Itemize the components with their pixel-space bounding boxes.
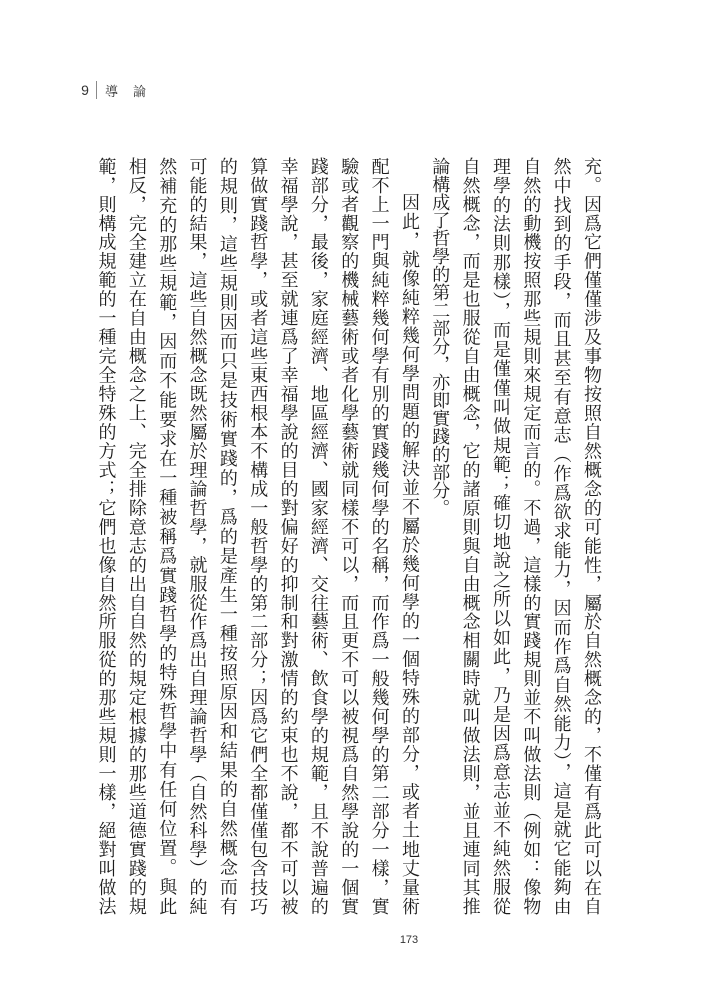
- text-column-paragraph-start: 因此，就像純粹幾何學問題的解決並不屬於幾何學的一個特殊的部分，或者土地丈量術: [394, 157, 424, 915]
- text-column: 然補充的那些規範，因而不能要求在一種被稱爲實踐哲學的特殊哲學中有任何位置。與此: [151, 157, 181, 915]
- text-column: 算做實踐哲學，或者這些東西根本不構成一般哲學的第二部分；因爲它們全都僅僅包含技巧: [242, 157, 272, 915]
- running-head: 9 導論: [78, 80, 161, 100]
- text-column: 相反，完全建立在自由概念之上、完全排除意志的出自自然的規定根據的那些道德實踐的規: [121, 157, 151, 915]
- chapter-title: 導論: [105, 81, 161, 100]
- text-column: 幸福學說，甚至就連爲了幸福學說的目的對偏好的抑制和對激情的約束也不說，都不可以被: [272, 157, 302, 915]
- text-column: 的規則，這些規則因而只是技術實踐的，爲的是產生一種按照原因和結果的自然概念而有: [212, 157, 242, 915]
- chapter-number: 9: [78, 82, 92, 98]
- text-column: 自然的動機按照那些規則來規定而言的。不過，這樣的實踐規則並不叫做法則（例如：像物: [515, 157, 545, 915]
- text-column: 然中找到的手段，而且甚至有意志（作爲欲求能力，因而作爲自然能力），這是就它能夠由: [545, 157, 575, 915]
- text-column: 驗或者觀察的機械藝術或者化學藝術就同樣不可以，而且更不可以被視爲自然學說的一個實: [333, 157, 363, 915]
- text-column: 自然概念，而是也服從自由概念，它的諸原則與自由概念相關時就叫做法則，並且連同其推: [454, 157, 484, 915]
- text-column: 充。因爲它們僅僅涉及事物按照自然概念的可能性，屬於自然概念的，不僅有爲此可以在自: [576, 157, 606, 915]
- page-number: 173: [392, 934, 426, 946]
- text-column: 配不上一門與純粹幾何學有別的實踐幾何學的名稱，而作爲一般幾何學的第二部分一樣，實: [363, 157, 393, 915]
- text-column: 踐部分，最後，家庭經濟、地區經濟、國家經濟、交往藝術、飲食學的規範，且不說普遍的: [303, 157, 333, 915]
- text-column: 可能的結果，這些自然概念既然屬於理論哲學，就服從作爲出自理論哲學（自然科學）的純: [181, 157, 211, 915]
- header-divider: [96, 81, 97, 99]
- text-column-paragraph-end: 論構成了哲學的第二部分，亦即實踐的部分。: [424, 157, 454, 915]
- vertical-text-body: 充。因爲它們僅僅涉及事物按照自然概念的可能性，屬於自然概念的，不僅有爲此可以在自…: [90, 157, 606, 915]
- text-column: 理學的法則那樣），而是僅僅叫做規範；確切地說之所以如此，乃是因爲意志並不純然服從: [485, 157, 515, 915]
- text-column: 範，則構成規範的一種完全特殊的方式；它們也像自然所服從的那些規則一樣，絕對叫做法: [90, 157, 120, 915]
